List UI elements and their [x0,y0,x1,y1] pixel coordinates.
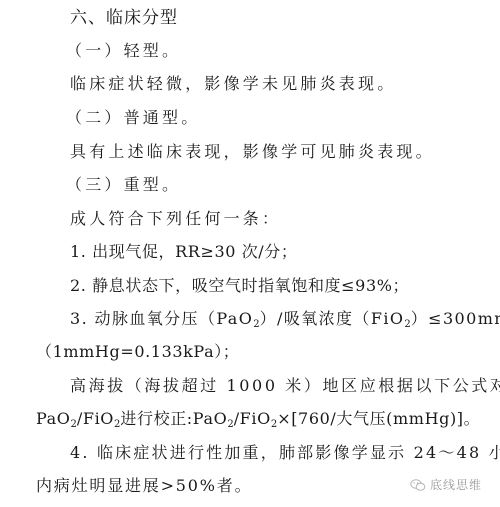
criterion-3-line-2: （1mmHg=0.133kPa）； [36,342,239,362]
type-label-common: （二）普通型。 [66,108,200,128]
criterion-4-line-1: 4. 临床症状进行性加重，肺部影像学显示 24～48 小时 [70,443,500,463]
criterion-3-line-1: 3. 动脉血氧分压（PaO2）/吸氧浓度（FiO2）≤300mmHg [70,309,500,335]
criterion-3-part-c: ）≤300mmHg [411,309,500,328]
watermark: 底线思维 [410,476,482,493]
formula-part-c: 进行校正:PaO [120,409,227,428]
criterion-2: 2. 静息状态下，吸空气时指氧饱和度≤93%； [70,276,409,296]
section-heading: 六、临床分型 [70,8,178,28]
criterion-3-part-b: ）/吸氧浓度（FiO [260,309,405,328]
watermark-text: 底线思维 [430,476,482,493]
wechat-icon [410,478,426,492]
formula-part-d: /FiO [234,409,271,428]
criterion-4-line-2: 内病灶明显进展>50%者。 [36,476,252,496]
altitude-note-line-2: PaO2/FiO2进行校正:PaO2/FiO2×[760/大气压(mmHg)]。 [36,409,480,435]
altitude-note-line-1: 高海拔（海拔超过 1000 米）地区应根据以下公式对 [70,376,500,396]
formula-part-a: PaO [36,409,71,428]
criterion-3-part-a: 3. 动脉血氧分压（PaO [70,309,253,328]
formula-part-b: /FiO [77,409,114,428]
formula-part-e: ×[760/大气压(mmHg)]。 [277,409,480,428]
type-description-mild: 临床症状轻微，影像学未见肺炎表现。 [70,74,396,94]
type-label-mild: （一）轻型。 [66,41,181,61]
criterion-1: 1. 出现气促，RR≥30 次/分； [70,242,298,262]
type-label-severe: （三）重型。 [66,175,181,195]
severe-intro: 成人符合下列任何一条： [70,209,281,229]
type-description-common: 具有上述临床表现，影像学可见肺炎表现。 [70,142,435,162]
